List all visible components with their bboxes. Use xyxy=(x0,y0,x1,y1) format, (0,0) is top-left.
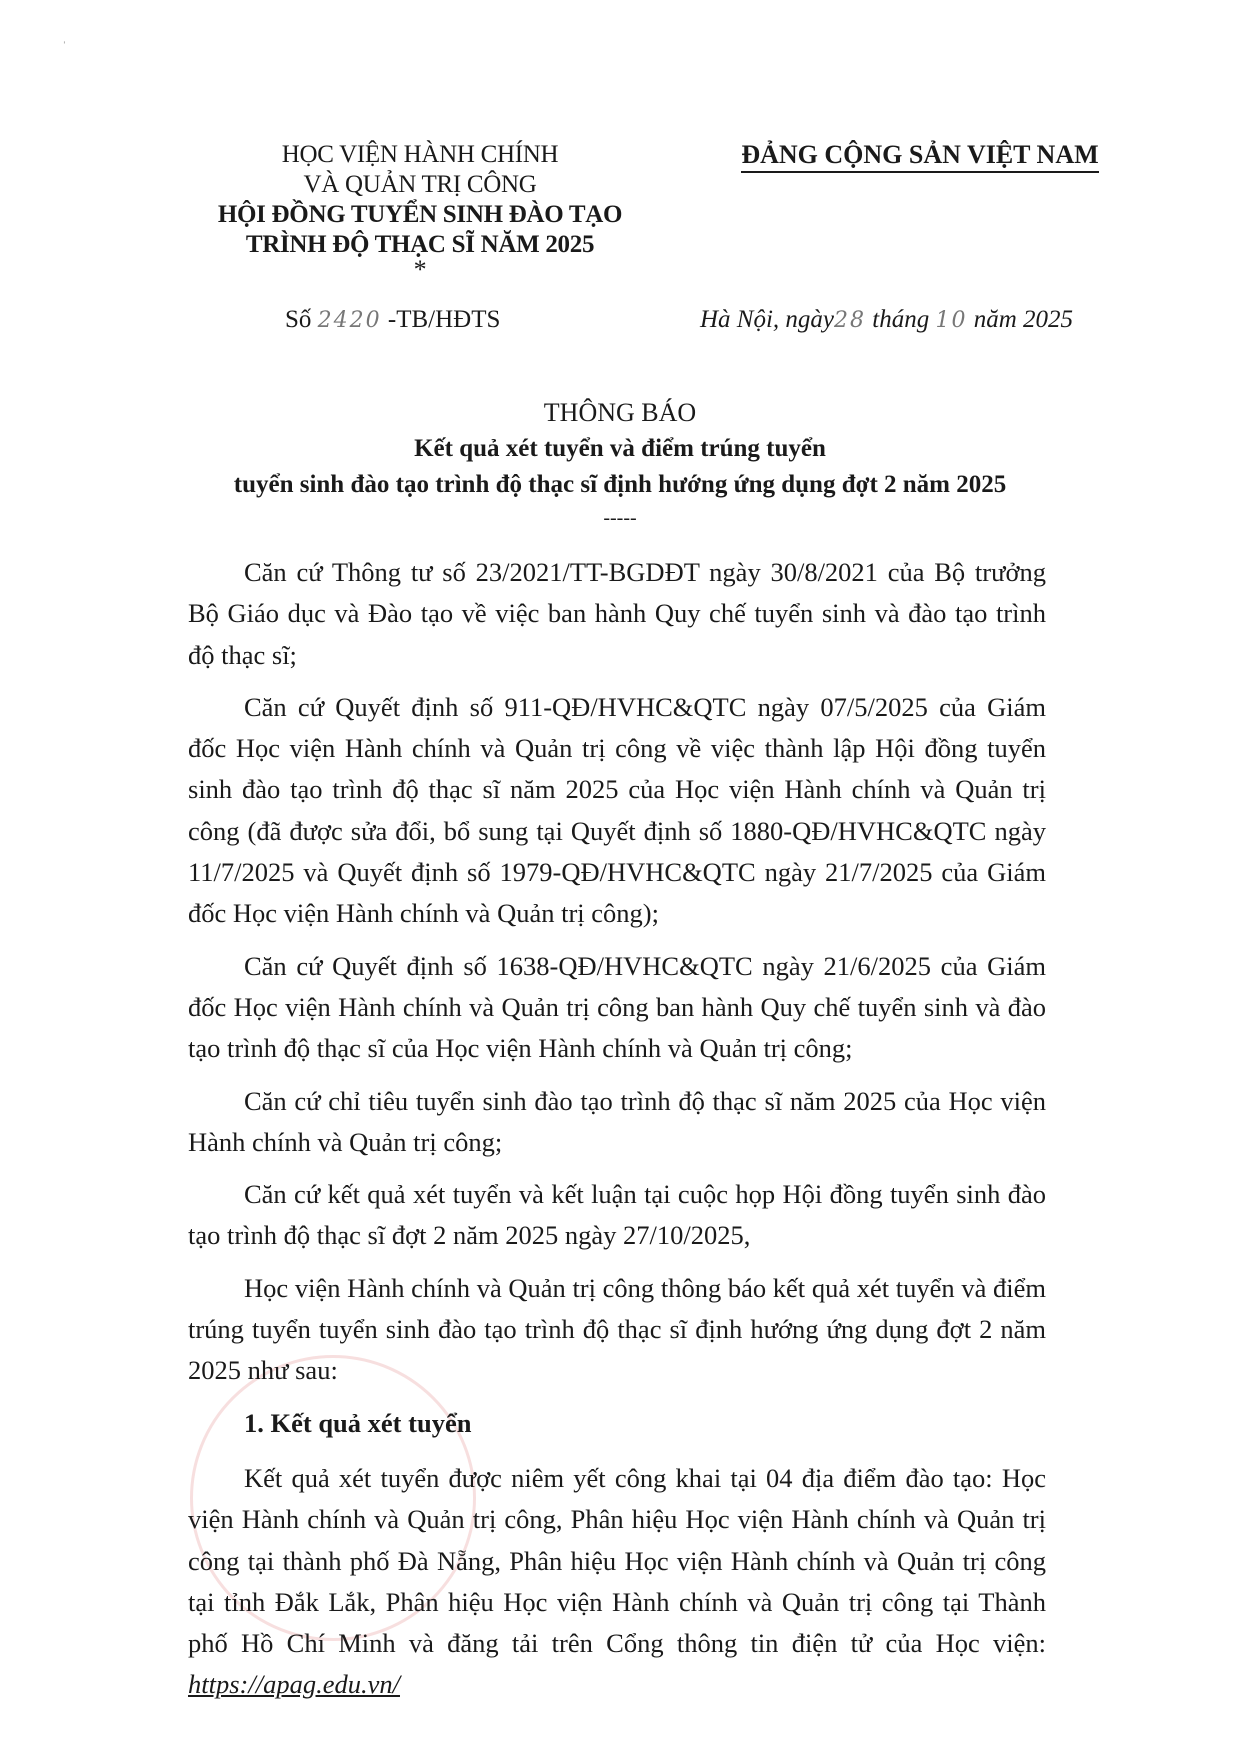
paragraph: Học viện Hành chính và Quản trị công thô… xyxy=(188,1268,1046,1392)
handwritten-month: 10 xyxy=(935,308,967,333)
number-suffix: -TB/HĐTS xyxy=(388,306,501,333)
document-date: Hà Nội, ngày28 tháng 10 năm 2025 xyxy=(700,306,1073,334)
title-sub2: tuyển sinh đào tạo trình độ thạc sĩ định… xyxy=(120,467,1120,503)
org-name-line2: VÀ QUẢN TRỊ CÔNG xyxy=(170,170,670,200)
section-heading: 1. Kết quả xét tuyển xyxy=(188,1403,1046,1444)
section-paragraph: Kết quả xét tuyển được niêm yết công kha… xyxy=(188,1458,1046,1706)
handwritten-number: 2420 xyxy=(318,308,382,333)
title-separator: ----- xyxy=(120,508,1120,528)
document-number: Số 2420 -TB/HĐTS xyxy=(285,306,500,334)
title-main: THÔNG BÁO xyxy=(120,395,1120,431)
handwritten-day: 28 xyxy=(834,308,866,333)
document-body: Căn cứ Thông tư số 23/2021/TT-BGDĐT ngày… xyxy=(188,552,1046,1717)
paragraph: Căn cứ Quyết định số 911-QĐ/HVHC&QTC ngà… xyxy=(188,687,1046,935)
org-name-line1: HỌC VIỆN HÀNH CHÍNH xyxy=(170,140,670,170)
year-label: năm 2025 xyxy=(974,306,1073,333)
title-sub1: Kết quả xét tuyển và điểm trúng tuyển xyxy=(120,431,1120,467)
scan-mark: ˈ xyxy=(62,40,67,56)
website-link[interactable]: https://apag.edu.vn/ xyxy=(188,1669,400,1699)
paragraph: Căn cứ Thông tư số 23/2021/TT-BGDĐT ngày… xyxy=(188,552,1046,676)
party-header: ĐẢNG CỘNG SẢN VIỆT NAM xyxy=(690,140,1150,170)
document-title: THÔNG BÁO Kết quả xét tuyển và điểm trún… xyxy=(120,395,1120,503)
star-mark: * xyxy=(170,260,670,280)
paragraph: Căn cứ kết quả xét tuyển và kết luận tại… xyxy=(188,1174,1046,1257)
council-name-line1: HỘI ĐỒNG TUYỂN SINH ĐÀO TẠO xyxy=(170,200,670,230)
section-text: Kết quả xét tuyển được niêm yết công kha… xyxy=(188,1463,1046,1658)
month-label: tháng xyxy=(872,306,929,333)
paragraph: Căn cứ chỉ tiêu tuyển sinh đào tạo trình… xyxy=(188,1081,1046,1164)
date-prefix: Hà Nội, ngày xyxy=(700,306,834,333)
party-name: ĐẢNG CỘNG SẢN VIỆT NAM xyxy=(741,140,1098,173)
issuing-organization: HỌC VIỆN HÀNH CHÍNH VÀ QUẢN TRỊ CÔNG HỘI… xyxy=(170,140,670,280)
paragraph: Căn cứ Quyết định số 1638-QĐ/HVHC&QTC ng… xyxy=(188,946,1046,1070)
number-prefix: Số xyxy=(285,306,311,333)
